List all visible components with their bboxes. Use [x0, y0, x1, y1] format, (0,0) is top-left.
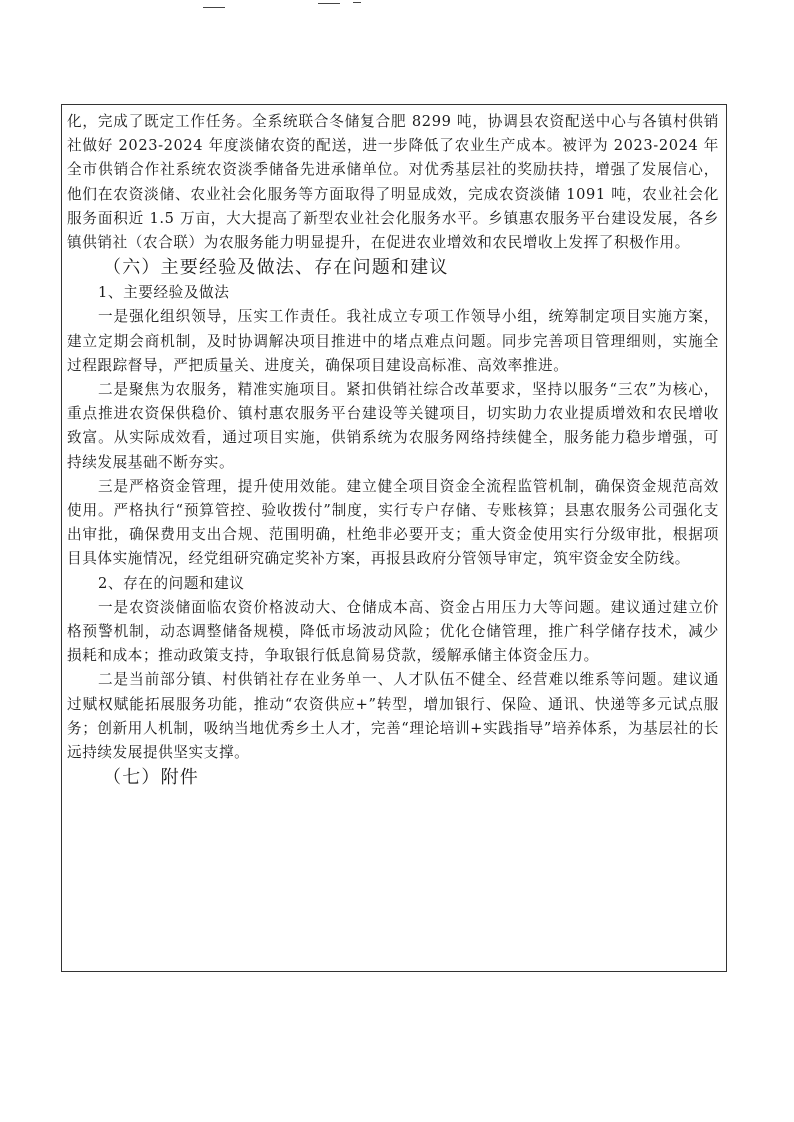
- paragraph-continued-summary: 化，完成了既定工作任务。全系统联合冬储复合肥 8299 吨，协调县农资配送中心与…: [67, 110, 719, 255]
- paragraph-agri-service: 二是聚焦为农服务，精准实施项目。紧扣供销社综合改革要求，坚持以服务“三农”为核心…: [67, 378, 719, 475]
- scan-artifacts: [0, 0, 794, 20]
- paragraph-storage-problem: 一是农资淡储面临农资价格波动大、仓储成本高、资金占用压力大等问题。建议通过建立价…: [67, 596, 719, 669]
- paragraph-coop-problem: 二是当前部分镇、村供销社存在业务单一、人才队伍不健全、经营难以维系等问题。建议通…: [67, 668, 719, 765]
- paragraph-fund-management: 三是严格资金管理，提升使用效能。建立健全项目资金全流程监管机制，确保资金规范高效…: [67, 475, 719, 572]
- sub-heading-main-experience: 1、主要经验及做法: [67, 281, 719, 305]
- section-heading-experience-problems: （六）主要经验及做法、存在问题和建议: [67, 255, 719, 281]
- document-body: 化，完成了既定工作任务。全系统联合冬储复合肥 8299 吨，协调县农资配送中心与…: [67, 110, 719, 791]
- paragraph-leadership: 一是强化组织领导，压实工作责任。我社成立专项工作领导小组，统筹制定项目实施方案，…: [67, 305, 719, 378]
- sub-heading-problems-suggestions: 2、存在的问题和建议: [67, 572, 719, 596]
- section-heading-attachments: （七）附件: [67, 765, 719, 791]
